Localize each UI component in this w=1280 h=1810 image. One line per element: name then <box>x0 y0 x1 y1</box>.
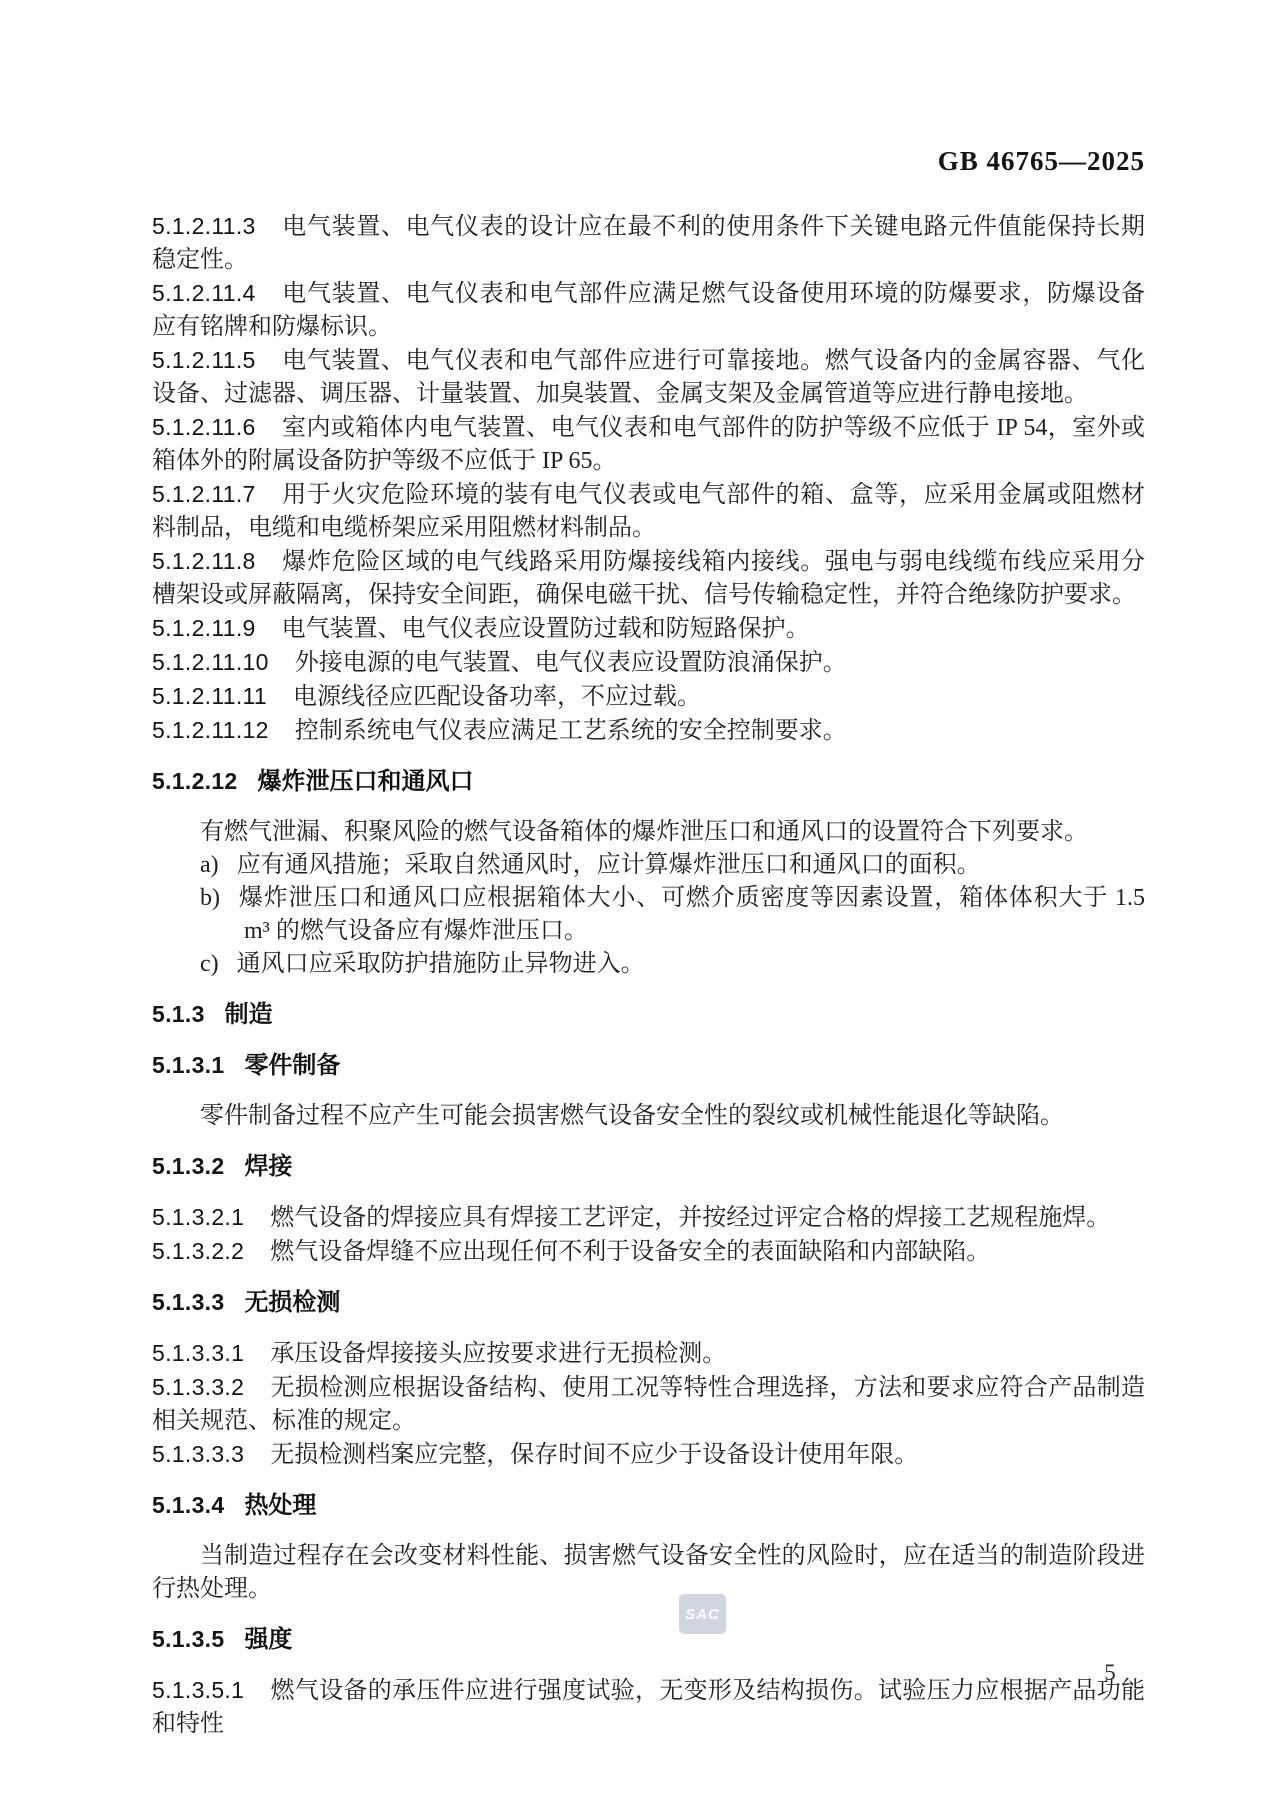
clause-number: 5.1.2.11.7 <box>152 481 256 507</box>
body-text: 控制系统电气仪表应满足工艺系统的安全控制要求。 <box>295 718 847 744</box>
heading-text: 无损检测 <box>244 1290 340 1316</box>
clause-number: 5.1.2.11.11 <box>152 683 267 709</box>
clause: 5.1.2.11.4电气装置、电气仪表和电气部件应满足燃气设备使用环境的防爆要求… <box>152 277 1145 344</box>
body-text: 用于火灾危险环境的装有电气仪表或电气部件的箱、盒等，应采用金属或阻燃材料制品，电… <box>152 482 1145 541</box>
section-heading: 5.1.3.2焊接 <box>152 1150 1145 1184</box>
clause-number: 5.1.2.11.6 <box>152 414 256 440</box>
clause-number: 5.1.3.3.1 <box>152 1340 244 1366</box>
body-text: 无损检测应根据设备结构、使用工况等特性合理选择，方法和要求应符合产品制造相关规范… <box>152 1375 1145 1434</box>
clause: 5.1.3.5.1燃气设备的承压件应进行强度试验，无变形及结构损伤。试验压力应根… <box>152 1674 1145 1741</box>
clause: 5.1.2.11.9电气装置、电气仪表应设置防过载和防短路保护。 <box>152 612 1145 646</box>
body-text: 承压设备焊接接头应按要求进行无损检测。 <box>270 1341 726 1367</box>
page-number: 5 <box>1078 1660 1142 1686</box>
clause-number: 5.1.3.5.1 <box>152 1677 244 1703</box>
section-heading: 5.1.3.3无损检测 <box>152 1286 1145 1320</box>
body-text: 燃气设备的承压件应进行强度试验，无变形及结构损伤。试验压力应根据产品功能和特性 <box>152 1678 1145 1737</box>
list-marker: c) <box>200 951 219 977</box>
body-text: 电气装置、电气仪表和电气部件应进行可靠接地。燃气设备内的金属容器、气化设备、过滤… <box>152 348 1145 407</box>
clause-number: 5.1.2.11.9 <box>152 615 256 641</box>
clause: 5.1.3.3.3无损检测档案应完整，保存时间不应少于设备设计使用年限。 <box>152 1438 1145 1472</box>
list-item: c)通风口应采取防护措施防止异物进入。 <box>152 948 1145 981</box>
paragraph: 当制造过程存在会改变材料性能、损害燃气设备安全性的风险时，应在适当的制造阶段进行… <box>152 1540 1145 1606</box>
document-content: 5.1.2.11.3电气装置、电气仪表的设计应在最不利的使用条件下关键电路元件值… <box>152 210 1145 1741</box>
section-heading: 5.1.3制造 <box>152 998 1145 1032</box>
body-text: 燃气设备焊缝不应出现任何不利于设备安全的表面缺陷和内部缺陷。 <box>270 1239 990 1265</box>
clause: 5.1.3.2.1燃气设备的焊接应具有焊接工艺评定，并按经过评定合格的焊接工艺规… <box>152 1201 1145 1235</box>
clause: 5.1.2.11.11电源线径应匹配设备功率，不应过载。 <box>152 680 1145 714</box>
clause-number: 5.1.3 <box>152 1001 205 1027</box>
clause-number: 5.1.3.2.2 <box>152 1238 244 1264</box>
section-heading: 5.1.3.4热处理 <box>152 1489 1145 1523</box>
list-item: a)应有通风措施；采取自然通风时，应计算爆炸泄压口和通风口的面积。 <box>152 849 1145 882</box>
section-heading: 5.1.2.12爆炸泄压口和通风口 <box>152 765 1145 799</box>
clause-number: 5.1.2.11.8 <box>152 548 256 574</box>
heading-text: 制造 <box>225 1002 273 1028</box>
clause-number: 5.1.2.11.10 <box>152 649 269 675</box>
clause: 5.1.2.11.6室内或箱体内电气装置、电气仪表和电气部件的防护等级不应低于 … <box>152 411 1145 478</box>
clause: 5.1.3.2.2燃气设备焊缝不应出现任何不利于设备安全的表面缺陷和内部缺陷。 <box>152 1235 1145 1269</box>
section-heading: 5.1.3.5强度 <box>152 1623 1145 1657</box>
clause: 5.1.2.11.5电气装置、电气仪表和电气部件应进行可靠接地。燃气设备内的金属… <box>152 344 1145 411</box>
list-marker: b) <box>200 885 220 911</box>
clause-number: 5.1.3.1 <box>152 1052 224 1078</box>
clause-number: 5.1.2.11.5 <box>152 347 256 373</box>
body-text: 通风口应采取防护措施防止异物进入。 <box>237 951 645 977</box>
clause: 5.1.2.11.3电气装置、电气仪表的设计应在最不利的使用条件下关键电路元件值… <box>152 210 1145 277</box>
clause-number: 5.1.3.3.2 <box>152 1374 244 1400</box>
clause: 5.1.2.11.8爆炸危险区域的电气线路采用防爆接线箱内接线。强电与弱电线缆布… <box>152 545 1145 612</box>
body-text: 燃气设备的焊接应具有焊接工艺评定，并按经过评定合格的焊接工艺规程施焊。 <box>270 1205 1110 1231</box>
heading-text: 强度 <box>244 1627 292 1653</box>
body-text: 有燃气泄漏、积聚风险的燃气设备箱体的爆炸泄压口和通风口的设置符合下列要求。 <box>200 819 1088 845</box>
clause-number: 5.1.3.5 <box>152 1626 224 1652</box>
body-text: 当制造过程存在会改变材料性能、损害燃气设备安全性的风险时，应在适当的制造阶段进行… <box>152 1543 1145 1602</box>
clause: 5.1.3.3.1承压设备焊接接头应按要求进行无损检测。 <box>152 1337 1145 1371</box>
standard-number-header: GB 46765—2025 <box>152 146 1145 177</box>
clause-number: 5.1.3.3.3 <box>152 1441 244 1467</box>
body-text: 爆炸泄压口和通风口应根据箱体大小、可燃介质密度等因素设置，箱体体积大于 1.5 … <box>238 885 1145 944</box>
heading-text: 焊接 <box>244 1154 292 1180</box>
clause: 5.1.2.11.7用于火灾危险环境的装有电气仪表或电气部件的箱、盒等，应采用金… <box>152 478 1145 545</box>
clause-number: 5.1.2.11.4 <box>152 280 256 306</box>
clause-number: 5.1.2.12 <box>152 768 238 794</box>
clause-number: 5.1.3.4 <box>152 1492 224 1518</box>
heading-text: 零件制备 <box>244 1053 340 1079</box>
paragraph: 有燃气泄漏、积聚风险的燃气设备箱体的爆炸泄压口和通风口的设置符合下列要求。 <box>152 816 1145 849</box>
body-text: 无损检测档案应完整，保存时间不应少于设备设计使用年限。 <box>270 1442 918 1468</box>
clause-number: 5.1.3.3 <box>152 1289 224 1315</box>
heading-text: 热处理 <box>244 1493 316 1519</box>
body-text: 电气装置、电气仪表的设计应在最不利的使用条件下关键电路元件值能保持长期稳定性。 <box>152 214 1145 273</box>
clause: 5.1.2.11.10外接电源的电气装置、电气仪表应设置防浪涌保护。 <box>152 646 1145 680</box>
paragraph: 零件制备过程不应产生可能会损害燃气设备安全性的裂纹或机械性能退化等缺陷。 <box>152 1100 1145 1133</box>
body-text: 爆炸危险区域的电气线路采用防爆接线箱内接线。强电与弱电线缆布线应采用分槽架设或屏… <box>152 549 1145 608</box>
body-text: 电源线径应匹配设备功率，不应过载。 <box>293 684 701 710</box>
document-page: GB 46765—2025 SAC 5.1.2.11.3电气装置、电气仪表的设计… <box>0 0 1280 1810</box>
body-text: 外接电源的电气装置、电气仪表应设置防浪涌保护。 <box>295 650 847 676</box>
clause-number: 5.1.2.11.12 <box>152 717 269 743</box>
body-text: 零件制备过程不应产生可能会损害燃气设备安全性的裂纹或机械性能退化等缺陷。 <box>200 1103 1064 1129</box>
body-text: 电气装置、电气仪表应设置防过载和防短路保护。 <box>282 616 810 642</box>
list-item: b)爆炸泄压口和通风口应根据箱体大小、可燃介质密度等因素设置，箱体体积大于 1.… <box>152 882 1145 948</box>
clause-number: 5.1.2.11.3 <box>152 213 256 239</box>
clause-number: 5.1.3.2 <box>152 1153 224 1179</box>
clause-number: 5.1.3.2.1 <box>152 1204 244 1230</box>
clause: 5.1.2.11.12控制系统电气仪表应满足工艺系统的安全控制要求。 <box>152 714 1145 748</box>
list-marker: a) <box>200 852 219 878</box>
body-text: 电气装置、电气仪表和电气部件应满足燃气设备使用环境的防爆要求，防爆设备应有铭牌和… <box>152 281 1145 340</box>
body-text: 室内或箱体内电气装置、电气仪表和电气部件的防护等级不应低于 IP 54，室外或箱… <box>152 415 1145 474</box>
section-heading: 5.1.3.1零件制备 <box>152 1049 1145 1083</box>
body-text: 应有通风措施；采取自然通风时，应计算爆炸泄压口和通风口的面积。 <box>237 852 981 878</box>
clause: 5.1.3.3.2无损检测应根据设备结构、使用工况等特性合理选择，方法和要求应符… <box>152 1371 1145 1438</box>
heading-text: 爆炸泄压口和通风口 <box>258 769 474 795</box>
